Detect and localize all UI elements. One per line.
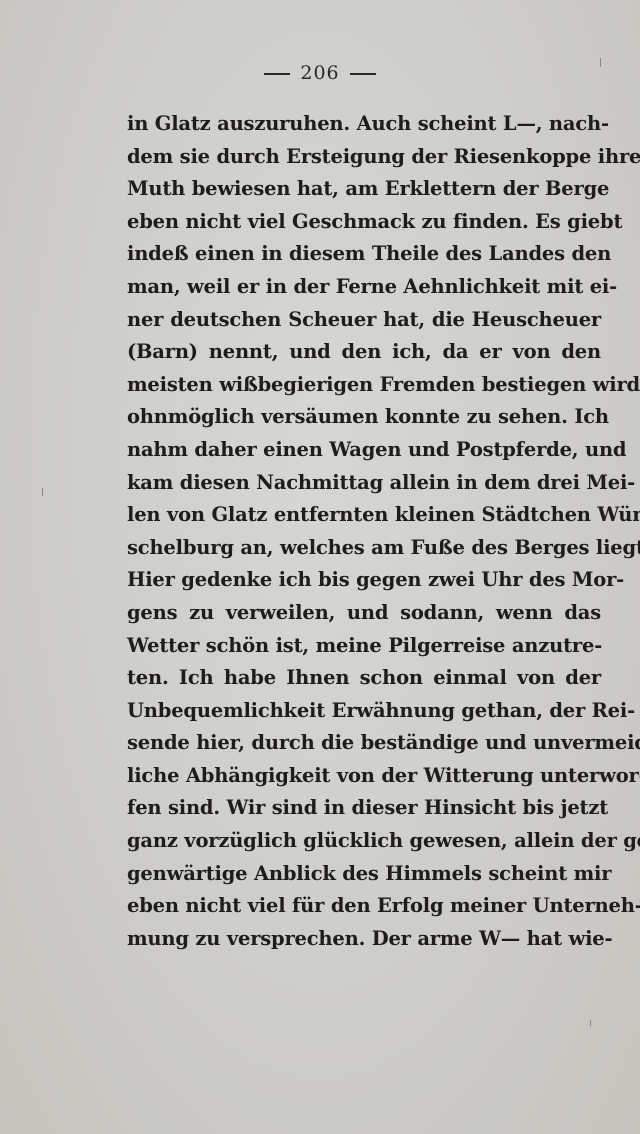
text-line: ner deutschen Scheuer hat, die Heuscheue…: [127, 304, 601, 337]
text-line: len von Glatz entfernten kleinen Städtch…: [127, 499, 601, 532]
page-number: 206: [0, 62, 640, 84]
text-line: liche Abhängigkeit von der Witterung unt…: [127, 760, 601, 793]
text-line: man, weil er in der Ferne Aehnlichkeit m…: [127, 271, 601, 304]
text-line: sende hier, durch die beständige und unv…: [127, 727, 601, 760]
text-line: eben nicht viel für den Erfolg meiner Un…: [127, 890, 601, 923]
body-text: in Glatz auszuruhen. Auch scheint L—, na…: [127, 108, 601, 955]
text-line: dem sie durch Ersteigung der Riesenkoppe…: [127, 141, 601, 174]
paper-speck: [42, 488, 43, 496]
text-line: Wetter schön ist, meine Pilgerreise anzu…: [127, 630, 601, 663]
text-line: Unbequemlichkeit Erwähnung gethan, der R…: [127, 695, 601, 728]
page-number-dash-right: [350, 73, 376, 75]
paper-speck: [600, 58, 601, 67]
text-line: ten. Ich habe Ihnen schon einmal von der: [127, 662, 601, 695]
text-line: schelburg an, welches am Fuße des Berges…: [127, 532, 601, 565]
text-line: indeß einen in diesem Theile des Landes …: [127, 238, 601, 271]
text-line: in Glatz auszuruhen. Auch scheint L—, na…: [127, 108, 601, 141]
text-line: Muth bewiesen hat, am Erklettern der Ber…: [127, 173, 601, 206]
page-number-text: 206: [300, 62, 339, 84]
paper-speck: [590, 1020, 591, 1026]
text-line: Hier gedenke ich bis gegen zwei Uhr des …: [127, 564, 601, 597]
text-line: nahm daher einen Wagen und Postpferde, u…: [127, 434, 601, 467]
text-line: gens zu verweilen, und sodann, wenn das: [127, 597, 601, 630]
page-number-dash-left: [264, 73, 290, 75]
text-line: fen sind. Wir sind in dieser Hinsicht bi…: [127, 792, 601, 825]
text-line: eben nicht viel Geschmack zu finden. Es …: [127, 206, 601, 239]
text-line: mung zu versprechen. Der arme W— hat wie…: [127, 923, 601, 956]
text-line: ohnmöglich versäumen konnte zu sehen. Ic…: [127, 401, 601, 434]
text-line: (Barn) nennt, und den ich, da er von den: [127, 336, 601, 369]
text-line: meisten wißbegierigen Fremden bestiegen …: [127, 369, 601, 402]
text-line: kam diesen Nachmittag allein in dem drei…: [127, 467, 601, 500]
text-line: genwärtige Anblick des Himmels scheint m…: [127, 858, 601, 891]
text-line: ganz vorzüglich glücklich gewesen, allei…: [127, 825, 601, 858]
